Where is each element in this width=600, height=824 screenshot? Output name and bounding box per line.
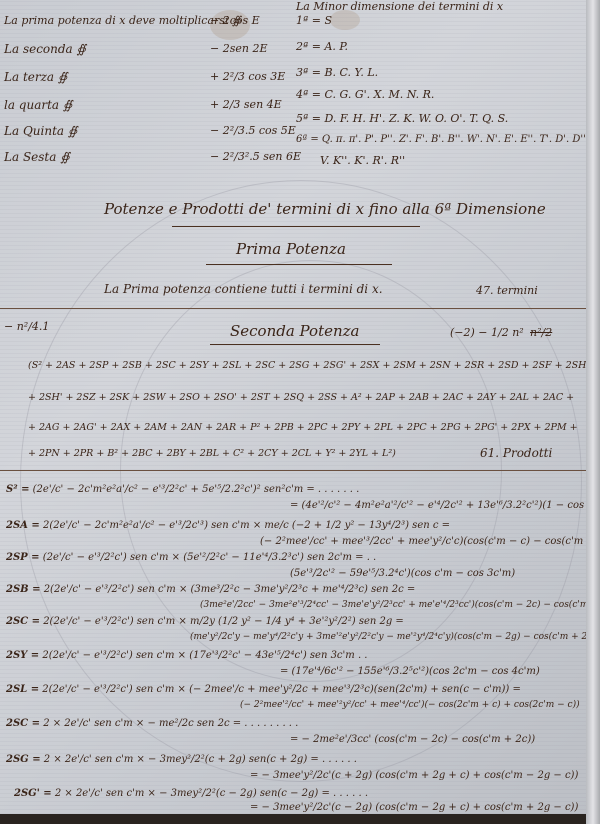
ink-stain [330,10,360,30]
dimension-order: 6ª [296,134,307,145]
list-row-label: la quarta ∯ [4,98,72,112]
section-divider [0,308,590,309]
equation-rhs: (− 2²mee'/cc' + mee'³/2cc' + mee'y²/c'c)… [260,536,590,547]
section-statement: La Prima potenza contiene tutti i termin… [104,282,383,296]
equation-body: 2(2e'/c' − e'³/2²c') sen c'm × (17e'³/2²… [42,650,367,661]
dimension-row: 6ª = Q. π. π'. P'. P''. Z'. F'. B'. B''.… [296,134,589,145]
list-row-value: + 2²/3 cos 3E [210,70,285,83]
products-count: 61. Prodotti [480,446,552,460]
section-title: Potenze e Prodotti de' termini di x fino… [104,200,546,218]
equation-row: 2SG' = 2 × 2e'/c' sen c'm × − 3mey²/2²(c… [14,788,368,799]
equation-row: 2SC = 2 × 2e'/c' sen c'm × − me²/2c sen … [6,718,298,729]
dimension-order: 1ª [296,14,308,27]
dimension-order: 2ª [296,40,308,53]
dimension-terms: = A. P. [312,40,348,53]
dimension-row: V. K''. K'. R'. R'' [320,154,405,167]
equation-row: 2SC = 2(2e'/c' − e'³/2²c') sen c'm × m/2… [6,616,404,627]
book-spine [586,0,600,824]
second-power-underline [210,344,380,345]
dimension-terms: = C. G. G'. X. M. N. R. [312,88,435,101]
equation-row: 2SL = 2(2e'/c' − e'³/2²c') sen c'm × (− … [6,684,521,695]
equation-rhs: = − 3mee'y²/2c'(c − 2g) (cos(c'm − 2g + … [250,802,578,813]
equation-rhs: = (4e'²/c'² − 4m²e²a'²/c'² − e'⁴/2c'² + … [290,500,590,511]
dimension-row: 5ª = D. F. H. H'. Z. K. W. O. O'. T. Q. … [296,112,508,125]
dimension-row: 3ª = B. C. Y. L. [296,66,378,79]
margin-note: − n²/4.1 [4,320,49,333]
dimension-row: 1ª = S [296,14,332,27]
dimension-terms: = B. C. Y. L. [312,66,378,79]
list-row-label: La seconda ∯ [4,42,86,56]
expansion-line: (S² + 2AS + 2SP + 2SB + 2SC + 2SY + 2SL … [28,360,590,371]
equation-lhs: 2SB = [6,584,41,595]
equation-body: 2 × 2e'/c' sen c'm × − me²/2c sen 2c = .… [43,718,298,729]
subtitle-underline [206,264,392,265]
list-row-value: − 2²/3².5 sen 6E [210,150,301,163]
dimension-terms: V. K''. K'. R'. R'' [320,154,405,167]
list-row-label: La Quinta ∯ [4,124,77,138]
equation-lhs: 2SP = [6,552,40,563]
dimension-row: 2ª = A. P. [296,40,348,53]
equation-row: 2SG = 2 × 2e'/c' sen c'm × − 3mey²/2²(c … [6,754,357,765]
equation-body: (2e'/c' − 2c'm²e²a'/c² − e'³/2²c' + 5e'⁵… [33,484,360,495]
equation-body: 2(2e'/c' − e'³/2²c') sen c'm × m/2y (1/2… [43,616,404,627]
equation-body: (2e'/c' − e'³/2²c') sen c'm × (5e'²/2²c'… [43,552,376,563]
list-row-label: La Sesta ∯ [4,150,70,164]
equation-lhs: 2SA = [6,520,40,531]
equation-rhs: = (17e'⁴/6c'² − 155e'⁶/3.2⁵c'²)(cos 2c'm… [280,666,540,677]
section-subtitle: Prima Potenza [236,240,346,258]
dimension-row: 4ª = C. G. G'. X. M. N. R. [296,88,434,101]
right-note: (−2) − 1/2 n² [450,326,524,339]
dimension-terms: = S [312,14,332,27]
second-power-title: Seconda Potenza [230,322,360,340]
dimension-order: 4ª [296,88,308,101]
dimension-order: 5ª [296,112,308,125]
equation-row: S² = (2e'/c' − 2c'm²e²a'/c² − e'³/2²c' +… [6,484,359,495]
equation-row: 2SA = 2(2e'/c' − 2c'm²e²a'/c² − e'³/2c'³… [6,520,450,531]
equation-body: 2 × 2e'/c' sen c'm × − 3mey²/2²(c + 2g) … [44,754,357,765]
manuscript-page: La prima potenza di x deve moltiplicarsi… [0,0,590,814]
equation-rhs: (− 2²mee'²/cc' + mee'²y²/cc' + mee'⁴/cc'… [240,700,580,710]
equation-body: 2(2e'/c' − 2c'm²e²a'/c² − e'³/2c'³) sen … [43,520,450,531]
equation-row: 2SP = (2e'/c' − e'³/2²c') sen c'm × (5e'… [6,552,376,563]
equation-rhs: (5e'³/2c'² − 59e'⁵/3.2⁴c')(cos c'm − cos… [290,568,515,579]
section-divider [0,470,590,471]
dimension-terms: = D. F. H. H'. Z. K. W. O. O'. T. Q. S. [312,112,509,125]
terms-count: 47. termini [476,284,538,297]
equation-rhs: (me'y²/2c'y − me'y⁴/2²c'y + 3me'²e'y²/2²… [190,632,590,642]
list-row-label: La prima potenza di x deve moltiplicarsi… [4,14,241,27]
equation-rhs: = − 2me²e'/3cc' (cos(c'm − 2c) − cos(c'm… [290,734,535,745]
list-row-value: − 2cos E [210,14,260,27]
equation-lhs: 2SL = [6,684,39,695]
equation-body: 2 × 2e'/c' sen c'm × − 3mey²/2²(c − 2g) … [55,788,368,799]
dimension-terms: = Q. π. π'. P'. P''. Z'. F'. B'. B''. W'… [310,134,589,145]
equation-lhs: 2SG = [6,754,41,765]
list-row-value: + 2/3 sen 4E [210,98,282,111]
expansion-line: + 2AG + 2AG' + 2AX + 2AM + 2AN + 2AR + P… [28,422,578,433]
crossed-note: n²/2 [530,326,552,339]
equation-rhs: (3me²e'/2cc' − 3me²e'³/2⁴cc' − 3me'e'y²/… [200,600,590,610]
equation-body: 2(2e'/c' − e'³/2²c') sen c'm × (3me³/2²c… [44,584,416,595]
dimension-order: 3ª [296,66,308,79]
list-heading: La Minor dimensione dei termini di x [296,0,503,13]
list-row-value: − 2sen 2E [210,42,267,55]
list-row-label: La terza ∯ [4,70,67,84]
equation-body: 2(2e'/c' − e'³/2²c') sen c'm × (− 2mee'/… [42,684,521,695]
title-underline [172,226,420,227]
equation-lhs: S² = [6,484,29,495]
equation-lhs: 2SG' = [14,788,52,799]
equation-lhs: 2SC = [6,616,40,627]
equation-lhs: 2SC = [6,718,40,729]
equation-rhs: = − 3mee'y²/2c'(c + 2g) (cos(c'm + 2g + … [250,770,578,781]
equation-row: 2SB = 2(2e'/c' − e'³/2²c') sen c'm × (3m… [6,584,415,595]
equation-lhs: 2SY = [6,650,39,661]
expansion-line: + 2SH' + 2SZ + 2SK + 2SW + 2SO + 2SO' + … [28,392,574,403]
expansion-line: + 2PN + 2PR + B² + 2BC + 2BY + 2BL + C² … [28,448,396,459]
equation-row: 2SY = 2(2e'/c' − e'³/2²c') sen c'm × (17… [6,650,367,661]
list-row-value: − 2²/3.5 cos 5E [210,124,296,137]
